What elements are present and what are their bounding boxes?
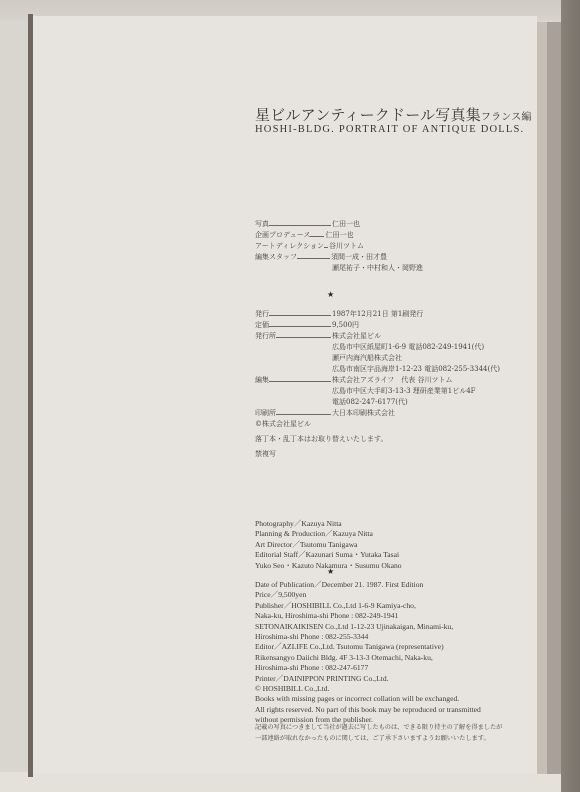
pub-en-line: Books with missing pages or incorrect co…: [255, 694, 481, 704]
credit-value: 仁田一也: [332, 219, 360, 230]
credit-row: アートディレクション谷川ツトム: [255, 241, 423, 252]
pub-row: 瀬戸内海汽船株式会社: [255, 353, 500, 364]
pub-value: 広島市中区大手町3-13-3 理研産業第1ビル4F: [332, 386, 476, 397]
credit-value: 谷川ツトム: [329, 241, 364, 252]
pub-value: 瀬戸内海汽船株式会社: [332, 353, 402, 364]
leader-dash: [269, 225, 331, 226]
pub-en-line: © HOSHIBILL Co.,Ltd.: [255, 684, 481, 694]
credits-japanese: 写真仁田一也 企画プロデュース仁田一也 アートディレクション谷川ツトム 編集スタ…: [255, 219, 423, 274]
publication-english: Date of Publication／December 21. 1987. F…: [255, 580, 481, 726]
leader-dash: [276, 337, 331, 338]
publication-japanese: 発行1987年12月21日 第1刷発行 定価9,500円 発行所株式会社星ビル …: [255, 309, 500, 460]
pub-en-line: Date of Publication／December 21. 1987. F…: [255, 580, 481, 590]
leader-dash: [269, 381, 331, 382]
background-bottom: [0, 772, 580, 792]
credit-row: 編集スタッフ須間一成・田才豊: [255, 252, 423, 263]
credits-english: Photography／Kazuya Nitta Planning & Prod…: [255, 519, 402, 571]
pub-row: 広島市中区大手町3-13-3 理研産業第1ビル4F: [255, 386, 500, 397]
leader-dash: [276, 414, 331, 415]
credit-value: 瀬尾祐子・中村和人・岡野進: [332, 263, 423, 274]
pub-label: 定価: [255, 320, 269, 331]
pub-label: 編集: [255, 375, 269, 386]
leader-dash: [297, 258, 330, 259]
pub-row: 発行1987年12月21日 第1刷発行: [255, 309, 500, 320]
pub-row: 定価9,500円: [255, 320, 500, 331]
pub-en-line: Naka-ku, Hiroshima-shi Phone : 082-249-1…: [255, 611, 481, 621]
title-main: 星ビルアンティークドール写真集: [255, 106, 481, 124]
book-title-japanese: 星ビルアンティークドール写真集フランス編: [255, 104, 532, 125]
background-right: [561, 0, 580, 792]
credit-en-line: Photography／Kazuya Nitta: [255, 519, 402, 529]
notice-row: 落丁本・乱丁本はお取り替えいたします。: [255, 434, 500, 445]
pub-en-line: SETONAIKAIKISEN Co.,Ltd 1-12-23 Ujinakai…: [255, 622, 481, 632]
credit-row: 企画プロデュース仁田一也: [255, 230, 423, 241]
page-edge-back: [546, 22, 561, 774]
pub-en-line: Price／9,500yen: [255, 590, 481, 600]
pub-en-line: Rikensangyo Daiichi Bldg. 4F 3-13-3 Otem…: [255, 653, 481, 663]
credit-en-line: Planning & Production／Kazuya Nitta: [255, 529, 402, 539]
pub-label: 発行: [255, 309, 269, 320]
pub-en-line: Hiroshima-shi Phone : 082-247-6177: [255, 663, 481, 673]
credit-value: 仁田一也: [325, 230, 353, 241]
book-title-english: HOSHI-BLDG. PORTRAIT OF ANTIQUE DOLLS.: [255, 124, 524, 135]
star-separator: ★: [327, 290, 334, 299]
pub-value: 大日本印刷株式会社: [332, 408, 395, 419]
credit-label: 編集スタッフ: [255, 252, 297, 263]
pub-row: 発行所株式会社星ビル: [255, 331, 500, 342]
credit-value: 須間一成・田才豊: [331, 252, 387, 263]
note-line: 一部連絡が取れなかったものに関しては、ご了承下さいますようお願いいたします。: [255, 733, 502, 744]
pub-row: 広島市中区紙屋町1-6-9 電話082-249-1941(代): [255, 342, 500, 353]
notice-row: ©株式会社星ビル: [255, 419, 500, 430]
pub-value: 9,500円: [332, 320, 359, 331]
pub-value: 広島市中区紙屋町1-6-9 電話082-249-1941(代): [332, 342, 484, 353]
pub-value: 電話082-247-6177(代): [332, 397, 408, 408]
page-edge-next: [537, 22, 547, 774]
pub-en-line: Publisher／HOSHIBILL Co.,Ltd 1-6-9 Kamiya…: [255, 601, 481, 611]
pub-value: 広島市南区宇品海岸1-12-23 電話082-255-3344(代): [332, 364, 500, 375]
pub-label: 印刷所: [255, 408, 276, 419]
pub-row: 印刷所大日本印刷株式会社: [255, 408, 500, 419]
credit-en-line: Editorial Staff／Kazunari Suma・Yutaka Tas…: [255, 550, 402, 560]
pub-value: 株式会社アズライフ 代表 谷川ツトム: [332, 375, 453, 386]
credit-en-line: Art Director／Tsutomu Tanigawa: [255, 540, 402, 550]
pub-row: 広島市南区宇品海岸1-12-23 電話082-255-3344(代): [255, 364, 500, 375]
leader-dash: [324, 247, 328, 248]
notice-row: 禁複写: [255, 449, 500, 460]
pub-row: 編集株式会社アズライフ 代表 谷川ツトム: [255, 375, 500, 386]
pub-en-line: Editor／AZLIFE Co.,Ltd. Tsutomu Tanigawa …: [255, 642, 481, 652]
pub-en-line: Printer／DAINIPPON PRINTING Co.,Ltd.: [255, 674, 481, 684]
title-suffix: フランス編: [481, 112, 532, 123]
credit-row: 写真仁田一也: [255, 219, 423, 230]
credit-label: 企画プロデュース: [255, 230, 310, 241]
pub-label: 発行所: [255, 331, 276, 342]
star-separator: ★: [327, 567, 334, 576]
leader-dash: [269, 326, 331, 327]
credit-label: 写真: [255, 219, 269, 230]
pub-row: 電話082-247-6177(代): [255, 397, 500, 408]
credit-row: 瀬尾祐子・中村和人・岡野進: [255, 263, 423, 274]
pub-value: 1987年12月21日 第1刷発行: [332, 309, 423, 320]
leader-dash: [269, 315, 331, 316]
footer-note-japanese: 記載の写真につきまして当社が過去に写したものは、できる限り持主の了解を得ましたが…: [255, 722, 502, 744]
credit-label: アートディレクション: [255, 241, 324, 252]
leader-dash: [310, 236, 324, 237]
pub-value: 株式会社星ビル: [332, 331, 381, 342]
pub-en-line: All rights reserved. No part of this boo…: [255, 705, 481, 715]
pub-en-line: Hiroshima-shi Phone : 082-255-3344: [255, 632, 481, 642]
note-line: 記載の写真につきまして当社が過去に写したものは、できる限り持主の了解を得ましたが: [255, 722, 502, 733]
